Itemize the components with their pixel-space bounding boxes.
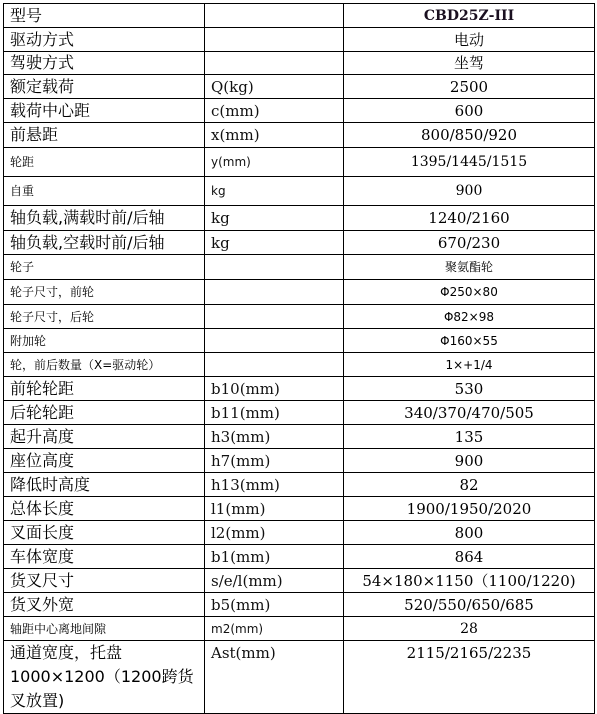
- row-unit: x(mm): [205, 123, 344, 148]
- table-row-rear-track: 后轮轮距 b11(mm) 340/370/470/505: [4, 401, 595, 425]
- row-unit: h7(mm): [205, 449, 344, 473]
- row-unit: l1(mm): [205, 497, 344, 521]
- spec-table: 型号 CBD25Z-III 驱动方式 电动 驾驶方式 坐驾 额定载荷 Q(kg)…: [3, 3, 595, 706]
- row-label: 轴负载,空载时前/后轴: [4, 231, 205, 255]
- row-value: 2115/2165/2235: [344, 641, 595, 707]
- table-row-seat-height: 座位高度 h7(mm) 900: [4, 449, 595, 473]
- row-unit: h13(mm): [205, 473, 344, 497]
- row-unit: [205, 255, 344, 280]
- row-label: 叉面长度: [4, 521, 205, 545]
- row-value: 坐驾: [344, 52, 595, 75]
- table-row-body-width: 车体宽度 b1(mm) 864: [4, 545, 595, 569]
- row-value: Φ160×55: [344, 329, 595, 353]
- row-label: 轴距中心离地间隙: [4, 617, 205, 641]
- row-unit: y(mm): [205, 148, 344, 177]
- row-value: 520/550/650/685: [344, 593, 595, 617]
- row-value: 1240/2160: [344, 206, 595, 231]
- row-label: 降低时高度: [4, 473, 205, 497]
- spec-sheet: 型号 CBD25Z-III 驱动方式 电动 驾驶方式 坐驾 额定载荷 Q(kg)…: [3, 3, 594, 706]
- row-label: 驱动方式: [4, 28, 205, 52]
- row-label: 额定载荷: [4, 75, 205, 99]
- row-unit: [205, 305, 344, 329]
- row-value: 800/850/920: [344, 123, 595, 148]
- table-row-ground-clearance: 轴距中心离地间隙 m2(mm) 28: [4, 617, 595, 641]
- table-row-wheel-count: 轮，前后数量（X=驱动轮） 1×+1/4: [4, 353, 595, 377]
- row-unit: c(mm): [205, 99, 344, 123]
- model-value: CBD25Z-III: [344, 4, 595, 28]
- row-label: 载荷中心距: [4, 99, 205, 123]
- row-value: 1×+1/4: [344, 353, 595, 377]
- row-unit: [205, 329, 344, 353]
- row-unit: [205, 280, 344, 305]
- row-value: 340/370/470/505: [344, 401, 595, 425]
- row-value: 28: [344, 617, 595, 641]
- row-label: 轴负载,满载时前/后轴: [4, 206, 205, 231]
- row-value: 800: [344, 521, 595, 545]
- table-row-model: 型号 CBD25Z-III: [4, 4, 595, 28]
- table-row-fork-outer-width: 货叉外宽 b5(mm) 520/550/650/685: [4, 593, 595, 617]
- row-unit: [205, 353, 344, 377]
- row-unit: Ast(mm): [205, 641, 344, 707]
- row-label: 货叉外宽: [4, 593, 205, 617]
- row-label: 轮子: [4, 255, 205, 280]
- row-label: 自重: [4, 177, 205, 206]
- row-value: 电动: [344, 28, 595, 52]
- table-row-additional-wheel: 附加轮 Φ160×55: [4, 329, 595, 353]
- row-label: 驾驶方式: [4, 52, 205, 75]
- row-label: 起升高度: [4, 425, 205, 449]
- table-row-front-overhang: 前悬距 x(mm) 800/850/920: [4, 123, 595, 148]
- row-unit: b1(mm): [205, 545, 344, 569]
- table-row-fork-face-length: 叉面长度 l2(mm) 800: [4, 521, 595, 545]
- row-unit: l2(mm): [205, 521, 344, 545]
- table-row-front-wheel-size: 轮子尺寸，前轮 Φ250×80: [4, 280, 595, 305]
- row-label: 轮子尺寸，前轮: [4, 280, 205, 305]
- row-unit: [205, 4, 344, 28]
- row-unit: [205, 52, 344, 75]
- row-unit: m2(mm): [205, 617, 344, 641]
- row-label: 通道宽度，托盘1000×1200（1200跨货叉放置): [4, 641, 205, 707]
- row-label: 前悬距: [4, 123, 205, 148]
- table-row-lift-height: 起升高度 h3(mm) 135: [4, 425, 595, 449]
- table-row-axle-load-laden: 轴负载,满载时前/后轴 kg 1240/2160: [4, 206, 595, 231]
- row-label: 附加轮: [4, 329, 205, 353]
- row-label: 轮距: [4, 148, 205, 177]
- row-value: 1395/1445/1515: [344, 148, 595, 177]
- table-row-wheels: 轮子 聚氨酯轮: [4, 255, 595, 280]
- table-row-operator-type: 驾驶方式 坐驾: [4, 52, 595, 75]
- row-value: 900: [344, 449, 595, 473]
- row-unit: [205, 28, 344, 52]
- row-unit: Q(kg): [205, 75, 344, 99]
- row-value: 135: [344, 425, 595, 449]
- table-row-aisle-width: 通道宽度，托盘1000×1200（1200跨货叉放置) Ast(mm) 2115…: [4, 641, 595, 707]
- row-label: 座位高度: [4, 449, 205, 473]
- row-label: 轮，前后数量（X=驱动轮）: [4, 353, 205, 377]
- table-row-front-track: 前轮轮距 b10(mm) 530: [4, 377, 595, 401]
- row-label: 车体宽度: [4, 545, 205, 569]
- table-row-rated-load: 额定载荷 Q(kg) 2500: [4, 75, 595, 99]
- row-value: 82: [344, 473, 595, 497]
- table-row-drive-type: 驱动方式 电动: [4, 28, 595, 52]
- row-unit: b10(mm): [205, 377, 344, 401]
- table-row-wheelbase: 轮距 y(mm) 1395/1445/1515: [4, 148, 595, 177]
- row-label: 货叉尺寸: [4, 569, 205, 593]
- row-unit: b11(mm): [205, 401, 344, 425]
- row-label: 前轮轮距: [4, 377, 205, 401]
- row-value: Φ250×80: [344, 280, 595, 305]
- row-label: 后轮轮距: [4, 401, 205, 425]
- row-unit: kg: [205, 177, 344, 206]
- table-row-fork-dimensions: 货叉尺寸 s/e/l(mm) 54×180×1150（1100/1220): [4, 569, 595, 593]
- table-row-self-weight: 自重 kg 900: [4, 177, 595, 206]
- row-label: 总体长度: [4, 497, 205, 521]
- table-row-axle-load-unladen: 轴负载,空载时前/后轴 kg 670/230: [4, 231, 595, 255]
- row-value: 670/230: [344, 231, 595, 255]
- table-row-load-center: 载荷中心距 c(mm) 600: [4, 99, 595, 123]
- row-value: 54×180×1150（1100/1220): [344, 569, 595, 593]
- table-row-rear-wheel-size: 轮子尺寸，后轮 Φ82×98: [4, 305, 595, 329]
- row-unit: h3(mm): [205, 425, 344, 449]
- row-value: 600: [344, 99, 595, 123]
- row-unit: b5(mm): [205, 593, 344, 617]
- row-value: 900: [344, 177, 595, 206]
- row-value: Φ82×98: [344, 305, 595, 329]
- row-unit: s/e/l(mm): [205, 569, 344, 593]
- row-unit: kg: [205, 206, 344, 231]
- row-label: 型号: [4, 4, 205, 28]
- row-value: 864: [344, 545, 595, 569]
- row-value: 1900/1950/2020: [344, 497, 595, 521]
- table-row-lowered-height: 降低时高度 h13(mm) 82: [4, 473, 595, 497]
- row-label: 轮子尺寸，后轮: [4, 305, 205, 329]
- table-row-overall-length: 总体长度 l1(mm) 1900/1950/2020: [4, 497, 595, 521]
- row-value: 2500: [344, 75, 595, 99]
- row-value: 530: [344, 377, 595, 401]
- row-value: 聚氨酯轮: [344, 255, 595, 280]
- row-unit: kg: [205, 231, 344, 255]
